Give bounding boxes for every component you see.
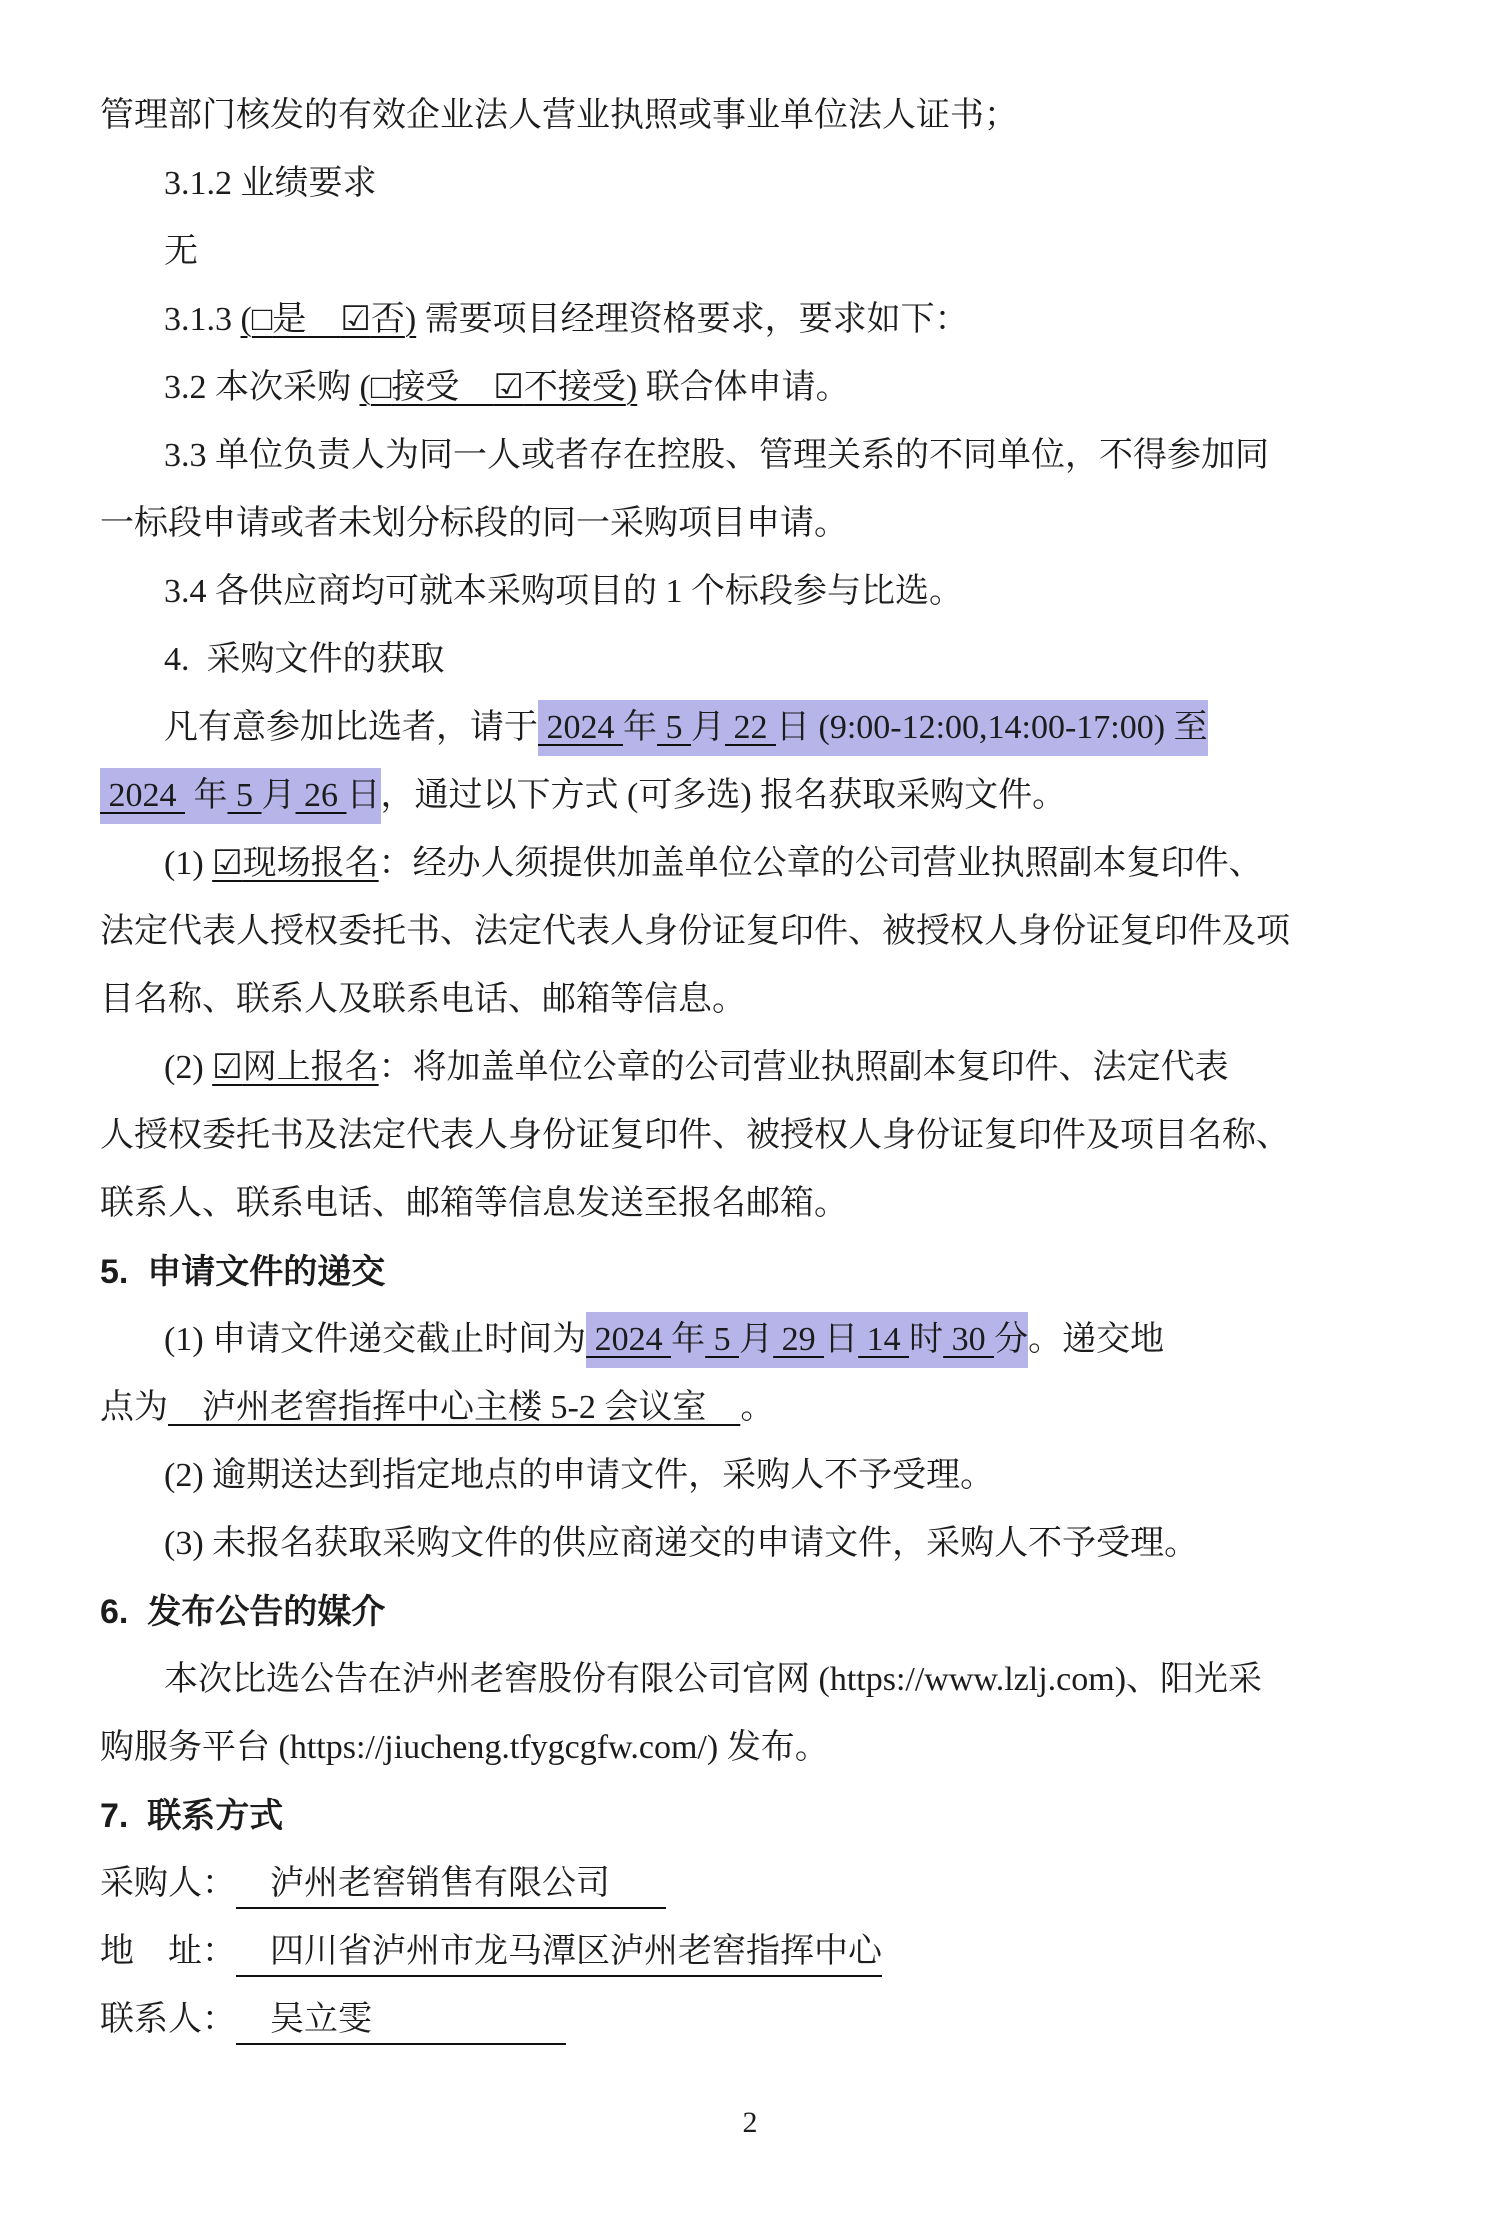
text-run: 购服务平台 (https://jiucheng.tfygcgfw.com/) 发… — [100, 1729, 829, 1766]
online-registration-label: ☑网上报名 — [212, 1049, 378, 1086]
checkbox-checked-icon: ☑ — [340, 301, 370, 338]
highlight-segment: 年 — [623, 700, 657, 756]
highlight-segment: 年 — [671, 1312, 705, 1368]
text-run: 需要项目经理资格要求，要求如下： — [416, 301, 969, 338]
text-run: 6. 发布公告的媒介 — [100, 1593, 385, 1631]
text-run: 联系人、联系电话、邮箱等信息发送至报名邮箱。 — [100, 1185, 848, 1222]
para-onsite-registration-line3: 目名称、联系人及联系电话、邮箱等信息。 — [100, 966, 1400, 1034]
para-acquisition-period-line2: 2024 年 5 月 26 日，通过以下方式 (可多选) 报名获取采购文件。 — [100, 762, 1400, 830]
para-qualification-continued: 管理部门核发的有效企业法人营业执照或事业单位法人证书； — [100, 82, 1400, 150]
text-run: 管理部门核发的有效企业法人营业执照或事业单位法人证书； — [100, 97, 1018, 134]
text-run: 一标段申请或者未划分标段的同一采购项目申请。 — [100, 505, 848, 542]
text-run: ( — [360, 369, 371, 406]
contact-purchaser-label: 采购人： — [100, 1865, 236, 1902]
para-3-1-2-performance: 3.1.2 业绩要求 — [100, 150, 1400, 218]
checkbox-checked-icon: ☑ — [212, 1049, 242, 1086]
heading-7-contact: 7. 联系方式 — [100, 1782, 1400, 1850]
highlight-segment: 时 — [909, 1312, 943, 1368]
contact-address-value: 四川省泸州市龙马潭区泸州老窖指挥中心 — [236, 1929, 882, 1977]
text-run: 否 — [371, 301, 405, 338]
para-online-registration-line3: 联系人、联系电话、邮箱等信息发送至报名邮箱。 — [100, 1170, 1400, 1238]
contact-address-label: 地 址： — [100, 1933, 236, 1970]
date-field-end-year: 2024 — [100, 768, 185, 824]
text-run: 人授权委托书及法定代表人身份证复印件、被授权人身份证复印件及项目名称、 — [100, 1117, 1290, 1154]
para-3-2-consortium: 3.2 本次采购 (□接受 ☑不接受) 联合体申请。 — [100, 354, 1400, 422]
contact-person-label: 联系人： — [100, 2001, 236, 2038]
accept-field: (□接受 ☑不接受) — [360, 369, 638, 406]
text-run: 。递交地 — [1028, 1321, 1164, 1358]
text-run: ：将加盖单位公章的公司营业执照副本复印件、法定代表 — [379, 1049, 1229, 1086]
para-deadline-line2: 点为 泸州老窖指挥中心主楼 5-2 会议室 。 — [100, 1374, 1400, 1442]
text-run: 凡有意参加比选者，请于 — [164, 709, 538, 746]
yes-no-field: (□是 ☑否) — [241, 301, 417, 338]
document-page: 管理部门核发的有效企业法人营业执照或事业单位法人证书； 3.1.2 业绩要求 无… — [0, 0, 1500, 2054]
text-run: ) — [405, 301, 416, 338]
text-run: (1) 申请文件递交截止时间为 — [164, 1321, 586, 1358]
heading-5-submission: 5. 申请文件的递交 — [100, 1238, 1400, 1306]
highlight-segment: 日 — [824, 1312, 858, 1368]
text-run: ( — [241, 301, 252, 338]
deadline-field-day: 29 — [773, 1312, 824, 1368]
deadline-field-month: 5 — [705, 1312, 739, 1368]
para-5-2-late-submission: (2) 逾期送达到指定地点的申请文件，采购人不予受理。 — [100, 1442, 1400, 1510]
para-3-1-3-pm-requirement: 3.1.3 (□是 ☑否) 需要项目经理资格要求，要求如下： — [100, 286, 1400, 354]
para-online-registration-line2: 人授权委托书及法定代表人身份证复印件、被授权人身份证复印件及项目名称、 — [100, 1102, 1400, 1170]
para-3-3-line1: 3.3 单位负责人为同一人或者存在控股、管理关系的不同单位，不得参加同 — [100, 422, 1400, 490]
para-media-line2: 购服务平台 (https://jiucheng.tfygcgfw.com/) 发… — [100, 1714, 1400, 1782]
deadline-field-hour: 14 — [858, 1312, 909, 1368]
text-run: 接受 — [391, 369, 493, 406]
text-run: 目名称、联系人及联系电话、邮箱等信息。 — [100, 981, 746, 1018]
text-run: 法定代表人授权委托书、法定代表人身份证复印件、被授权人身份证复印件及项 — [100, 913, 1290, 950]
text-run: ) — [626, 369, 637, 406]
text-run: 无 — [164, 233, 198, 270]
text-run: 5. 申请文件的递交 — [100, 1253, 385, 1291]
heading-4-document-acquisition: 4. 采购文件的获取 — [100, 626, 1400, 694]
para-online-registration-line1: (2) ☑网上报名：将加盖单位公章的公司营业执照副本复印件、法定代表 — [100, 1034, 1400, 1102]
date-field-start-year: 2024 — [538, 700, 623, 756]
highlight-segment: 月 — [262, 768, 296, 824]
text-run: 7. 联系方式 — [100, 1797, 283, 1835]
highlight-segment: 月 — [739, 1312, 773, 1368]
contact-purchaser-row: 采购人： 泸州老窖销售有限公司 — [100, 1850, 1400, 1918]
text-run: 本次比选公告在泸州老窖股份有限公司官网 (https://www.lzlj.co… — [164, 1661, 1262, 1698]
para-deadline-line1: (1) 申请文件递交截止时间为 2024 年 5 月 29 日 14 时 30 … — [100, 1306, 1400, 1374]
para-3-3-line2: 一标段申请或者未划分标段的同一采购项目申请。 — [100, 490, 1400, 558]
highlight-segment: 年 — [185, 768, 228, 824]
text-run: (2) 逾期送达到指定地点的申请文件，采购人不予受理。 — [164, 1457, 994, 1494]
deadline-field-year: 2024 — [586, 1312, 671, 1368]
para-onsite-registration-line1: (1) ☑现场报名：经办人须提供加盖单位公章的公司营业执照副本复印件、 — [100, 830, 1400, 898]
text-run: 4. 采购文件的获取 — [164, 641, 445, 678]
para-onsite-registration-line2: 法定代表人授权委托书、法定代表人身份证复印件、被授权人身份证复印件及项 — [100, 898, 1400, 966]
checkbox-unchecked-icon: □ — [252, 301, 273, 338]
submission-location-field: 泸州老窖指挥中心主楼 5-2 会议室 — [168, 1389, 740, 1426]
text-run: (2) — [164, 1049, 212, 1086]
para-acquisition-period-line1: 凡有意参加比选者，请于 2024 年 5 月 22 日 (9:00-12:00,… — [100, 694, 1400, 762]
text-run: ，通过以下方式 (可多选) 报名获取采购文件。 — [381, 777, 1067, 814]
heading-6-announcement-media: 6. 发布公告的媒介 — [100, 1578, 1400, 1646]
contact-purchaser-value: 泸州老窖销售有限公司 — [236, 1861, 666, 1909]
para-none-value: 无 — [100, 218, 1400, 286]
para-3-4-lot: 3.4 各供应商均可就本采购项目的 1 个标段参与比选。 — [100, 558, 1400, 626]
text-run: 现场报名 — [243, 845, 379, 882]
text-run: 点为 — [100, 1389, 168, 1426]
para-5-3-unregistered: (3) 未报名获取采购文件的供应商递交的申请文件，采购人不予受理。 — [100, 1510, 1400, 1578]
text-run: 3.1.2 业绩要求 — [164, 165, 377, 202]
text-run: 3.3 单位负责人为同一人或者存在控股、管理关系的不同单位，不得参加同 — [164, 437, 1269, 474]
contact-person-row: 联系人： 吴立雯 — [100, 1986, 1400, 2054]
text-run: 不接受 — [524, 369, 626, 406]
text-run: ：经办人须提供加盖单位公章的公司营业执照副本复印件、 — [379, 845, 1263, 882]
text-run: 联合体申请。 — [637, 369, 850, 406]
contact-address-row: 地 址： 四川省泸州市龙马潭区泸州老窖指挥中心 — [100, 1918, 1400, 1986]
date-field-start-day: 22 — [725, 700, 776, 756]
checkbox-checked-icon: ☑ — [493, 369, 523, 406]
date-field-end-month: 5 — [228, 768, 262, 824]
text-run: 。 — [740, 1389, 774, 1426]
text-run: 是 — [272, 301, 340, 338]
checkbox-unchecked-icon: □ — [371, 369, 392, 406]
text-run: (1) — [164, 845, 212, 882]
highlight-segment: 日 (9:00-12:00,14:00-17:00) 至 — [776, 700, 1208, 756]
page-number: 2 — [0, 2106, 1500, 2140]
date-field-end-day: 26 — [296, 768, 347, 824]
checkbox-checked-icon: ☑ — [212, 845, 242, 882]
highlight-segment: 月 — [691, 700, 725, 756]
contact-person-value: 吴立雯 — [236, 1997, 566, 2045]
deadline-field-minute: 30 — [943, 1312, 994, 1368]
text-run: 3.2 本次采购 — [164, 369, 360, 406]
text-run: 3.4 各供应商均可就本采购项目的 1 个标段参与比选。 — [164, 573, 963, 610]
date-field-start-month: 5 — [657, 700, 691, 756]
text-run: 网上报名 — [243, 1049, 379, 1086]
highlight-segment: 日 — [347, 768, 381, 824]
text-run: (3) 未报名获取采购文件的供应商递交的申请文件，采购人不予受理。 — [164, 1525, 1198, 1562]
highlight-segment: 分 — [994, 1312, 1028, 1368]
onsite-registration-label: ☑现场报名 — [212, 845, 378, 882]
para-media-line1: 本次比选公告在泸州老窖股份有限公司官网 (https://www.lzlj.co… — [100, 1646, 1400, 1714]
text-run: 3.1.3 — [164, 301, 241, 338]
